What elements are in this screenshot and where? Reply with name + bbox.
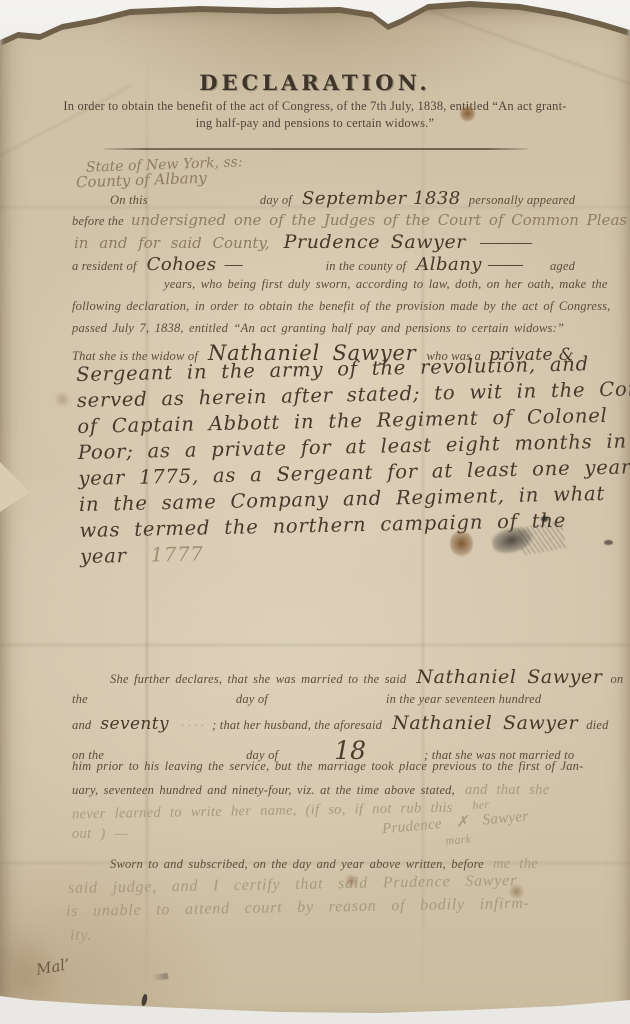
- handwritten-venue: in and for said County,: [74, 234, 270, 252]
- form-line-on-this: On thisday of September 1838 personally …: [110, 188, 575, 209]
- paper-sheet: DECLARATION. In order to obtain the bene…: [0, 0, 630, 1024]
- pencil-sig-last: Sawyer: [482, 809, 529, 829]
- service-year-faint: 1777: [151, 542, 204, 566]
- printed-before-the: before the: [72, 214, 124, 228]
- form-line-venue: in and for said County, Prudence Sawyer …: [74, 231, 531, 253]
- form-line-prior: him prior to his leaving the service, bu…: [72, 759, 584, 774]
- document-subtitle-line1: In order to obtain the benefit of the ac…: [0, 99, 630, 114]
- handwritten-seventy: seventy: [100, 714, 169, 734]
- bottom-annotation: Mal’: [35, 955, 71, 979]
- pencil-sig-first: Prudence: [381, 816, 442, 837]
- fill-dash-short: —: [225, 254, 242, 274]
- printed-aged: aged: [550, 259, 575, 273]
- printed-uary: uary, seventeen hundred and ninety-four,…: [72, 783, 455, 797]
- form-line-following: following declaration, in order to obtai…: [72, 299, 611, 314]
- service-statement-block: Sergeant in the army of the revolution, …: [76, 349, 630, 570]
- pencil-mark-label: mark: [445, 832, 472, 849]
- pencil-cert-line-2: is unable to attend court by reason of b…: [66, 895, 530, 921]
- printed-declares: She further declares, that she was marri…: [110, 672, 406, 686]
- printed-day-of: day of: [260, 193, 292, 207]
- header-divider-rule: [104, 148, 528, 150]
- printed-and: and: [72, 718, 91, 732]
- printed-year-phrase: in the year seventeen hundred: [386, 692, 541, 706]
- printed-personally-appeared: personally appeared: [469, 193, 575, 207]
- pencil-check-mark: [152, 973, 169, 981]
- x-mark: ✗: [455, 814, 469, 831]
- pencil-me-the: me the: [493, 856, 538, 872]
- pencil-dots: · · · ·: [181, 718, 204, 732]
- printed-died: died: [586, 718, 608, 732]
- printed-aforesaid: ; that her husband, the aforesaid: [212, 718, 382, 732]
- printed-on-this: On this: [110, 193, 148, 207]
- handwritten-judge: undersigned one of the Judges of the Cou…: [131, 211, 627, 229]
- handwritten-residence: Cohoes: [147, 254, 217, 275]
- form-line-married-date: theday ofin the year seventeen hundred: [72, 690, 541, 708]
- form-line-declares: She further declares, that she was marri…: [110, 666, 623, 688]
- printed-resident-of: a resident of: [72, 259, 137, 273]
- printed-sworn: Sworn to and subscribed, on the day and …: [110, 857, 484, 871]
- printed-on: on: [610, 672, 623, 686]
- stain-spot-left-margin: [54, 392, 71, 407]
- crease-horizontal-2: [0, 644, 630, 646]
- handwritten-date: September 1838: [302, 188, 461, 209]
- document-subtitle-line2: ing half-pay and pensions to certain wid…: [0, 116, 630, 131]
- ink-comma-mark: [141, 994, 148, 1007]
- pencil-line-2: out ) —: [72, 826, 128, 843]
- handwritten-declarant-name: Prudence Sawyer: [284, 231, 466, 253]
- handwritten-husband-name: Nathaniel Sawyer: [416, 666, 602, 688]
- handwritten-husband-name-2: Nathaniel Sawyer: [392, 712, 578, 734]
- form-line-seventy: and seventy · · · · ; that her husband, …: [72, 712, 609, 734]
- pencil-cert-line-3: ity.: [70, 927, 92, 945]
- fill-dash-med: ——: [488, 254, 522, 274]
- service-year-label: year: [80, 544, 127, 568]
- form-line-before-the: before the undersigned one of the Judges…: [72, 211, 627, 230]
- printed-in-county-of: in the county of: [326, 259, 407, 273]
- form-line-passed: passed July 7, 1838, entitled “An act gr…: [72, 321, 564, 336]
- form-line-uary: uary, seventeen hundred and ninety-four,…: [72, 781, 549, 799]
- form-line-residence: a resident of Cohoes —in the county of A…: [72, 254, 575, 275]
- printed-the: the: [72, 692, 88, 706]
- handwritten-county: Albany: [416, 254, 482, 275]
- printed-day-of-2: day of: [236, 692, 268, 706]
- fold-corner-left-edge: [0, 462, 30, 512]
- document-title: DECLARATION.: [0, 70, 630, 95]
- form-line-sworn: Sworn to and subscribed, on the day and …: [110, 855, 538, 873]
- fill-dash-long: ———: [480, 232, 531, 252]
- document-scan: DECLARATION. In order to obtain the bene…: [0, 0, 630, 1024]
- form-line-years: years, who being first duly sworn, accor…: [164, 277, 608, 292]
- pencil-cert-line-1: said judge, and I certify that said Prud…: [68, 872, 517, 898]
